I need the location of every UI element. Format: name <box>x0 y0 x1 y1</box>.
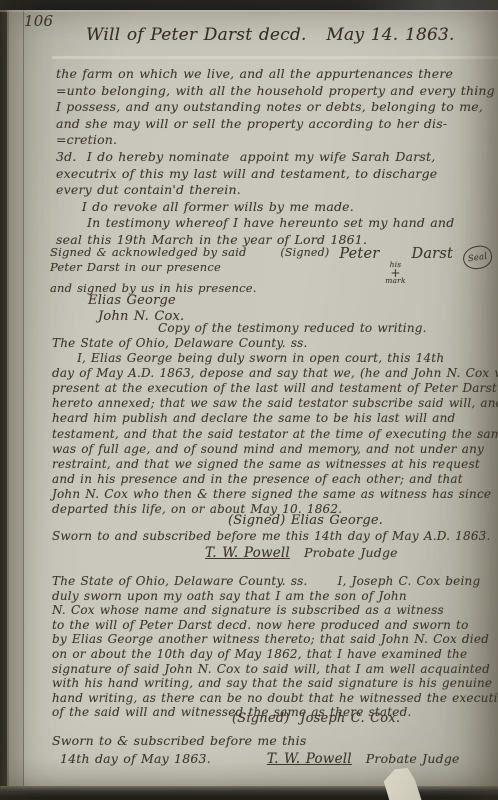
affidavit-text-line: hand writing, as there can be no doubt t… <box>52 691 498 706</box>
judge-signature-block-2: T. W. PowellProbate Judge <box>267 751 460 767</box>
will-text-line: =unto belonging, with all the household … <box>56 83 495 100</box>
testimony-caption: Copy of the testimony reduced to writing… <box>158 321 427 335</box>
affidavit-text-line: present at the execution of the last wil… <box>52 381 498 396</box>
affidavit-text-line: The State of Ohio, Delaware County. ss. <box>52 336 498 351</box>
affidavit-text-line: hereto annexed; that we saw the said tes… <box>52 396 498 411</box>
seal-text: Seal <box>467 251 488 264</box>
signer-first-name: Peter <box>339 246 379 262</box>
affidavit-text-line: N. Cox whose name and signature is subsc… <box>52 603 498 618</box>
affidavit-text-line: was of full age, and of sound mind and m… <box>52 442 498 457</box>
will-text-line: I possess, and any outstanding notes or … <box>56 99 495 116</box>
cox-sworn-line-2: 14th day of May 1863. T. W. PowellProbat… <box>60 751 460 767</box>
testator-signature-block: (Signed) Peter his+mark Darst Seal <box>280 245 492 284</box>
will-text-line: executrix of this my last will and testa… <box>56 166 495 183</box>
judge-signature: T. W. Powell <box>267 751 352 767</box>
top-book-edge <box>0 0 498 10</box>
cox-signature-line: (Signed) Joseph C. Cox. <box>232 711 400 726</box>
will-continuation-text: the farm on which we live, and all the a… <box>56 66 495 249</box>
affidavit-text-line: to the will of Peter Darst decd. now her… <box>52 618 498 633</box>
paper-crease <box>52 56 498 59</box>
affidavit-cox-text: The State of Ohio, Delaware County. ss. … <box>52 574 498 720</box>
attestation-block: Signed & acknowledged by saidPeter Darst… <box>50 245 492 284</box>
ledger-photo: 106 Will of Peter Darst decd. May 14. 18… <box>0 0 498 800</box>
attestation-left-text: Signed & acknowledged by saidPeter Darst… <box>50 245 247 275</box>
affidavit-george-text: The State of Ohio, Delaware County. ss. … <box>52 336 498 517</box>
will-text-line: 3d. I do hereby nominate appoint my wife… <box>56 149 495 166</box>
attestation-line: Signed & acknowledged by said <box>50 245 247 260</box>
bottom-book-edge <box>0 786 498 800</box>
affidavit-text-line: heard him publish and declare the same t… <box>52 411 498 426</box>
affidavit-text-line: I, Elias George being duly sworn in open… <box>52 351 498 366</box>
page-number: 106 <box>24 12 53 30</box>
affidavit-text-line: The State of Ohio, Delaware County. ss. … <box>52 574 498 589</box>
will-text-line: and she may will or sell the property ac… <box>56 116 495 133</box>
will-text-line: =cretion. <box>56 132 495 149</box>
affidavit-text-line: testament, and that the said testator at… <box>52 427 498 442</box>
affidavit-text-line: restraint, and that we signed the same a… <box>52 457 498 472</box>
sworn-date: 14th day of May 1863. <box>60 751 211 766</box>
affidavit-text-line: by Elias George another witness thereto;… <box>52 632 498 647</box>
attestation-line: Peter Darst in our presence <box>50 260 247 275</box>
witness-signature: Elias George <box>88 293 184 309</box>
affidavit-text-line: day of May A.D. 1863, depose and say tha… <box>52 366 498 381</box>
mark-label: mark <box>385 278 406 285</box>
george-signature-line: (Signed) Elias George. <box>228 513 383 528</box>
george-sworn-line: Sworn to and subscribed before me this 1… <box>52 529 491 543</box>
will-text-line: the farm on which we live, and all the a… <box>56 66 495 83</box>
will-text-line: every dut contain'd therein. <box>56 182 495 199</box>
judge-title: Probate Judge <box>304 545 398 560</box>
judge-signature-block-1: T. W. Powell Probate Judge <box>205 545 398 561</box>
witnesses-list: Elias GeorgeJohn N. Cox. <box>88 293 184 324</box>
judge-title: Probate Judge <box>366 751 460 766</box>
affidavit-text-line: with his hand writing, and say that the … <box>52 676 498 691</box>
page-gutter-shadow <box>0 0 7 800</box>
seal-stamp: Seal <box>462 244 494 271</box>
affidavit-text-line: signature of said John N. Cox to said wi… <box>52 662 498 677</box>
affidavit-text-line: duly sworn upon my oath say that I am th… <box>52 589 498 604</box>
affidavit-text-line: on or about the 10th day of May 1862, th… <box>52 647 498 662</box>
signed-label: (Signed) <box>280 246 329 259</box>
document-title: Will of Peter Darst decd. May 14. 1863. <box>86 25 455 45</box>
affidavit-text-line: John N. Cox who then & there signed the … <box>52 487 498 502</box>
will-text-line: I do revoke all former wills by me made. <box>56 199 495 216</box>
will-text-line: In testimony whereof I have hereunto set… <box>56 215 495 232</box>
signer-last-name: Darst <box>412 246 453 262</box>
underlying-page-edge <box>7 0 24 800</box>
affidavit-text-line: and in his presence and in the presence … <box>52 472 498 487</box>
his-mark: his+mark <box>385 262 406 284</box>
cox-sworn-line-1: Sworn to & subscribed before me this <box>52 733 306 748</box>
testator-signature: Peter his+mark Darst <box>339 246 453 284</box>
judge-signature: T. W. Powell <box>205 545 290 561</box>
